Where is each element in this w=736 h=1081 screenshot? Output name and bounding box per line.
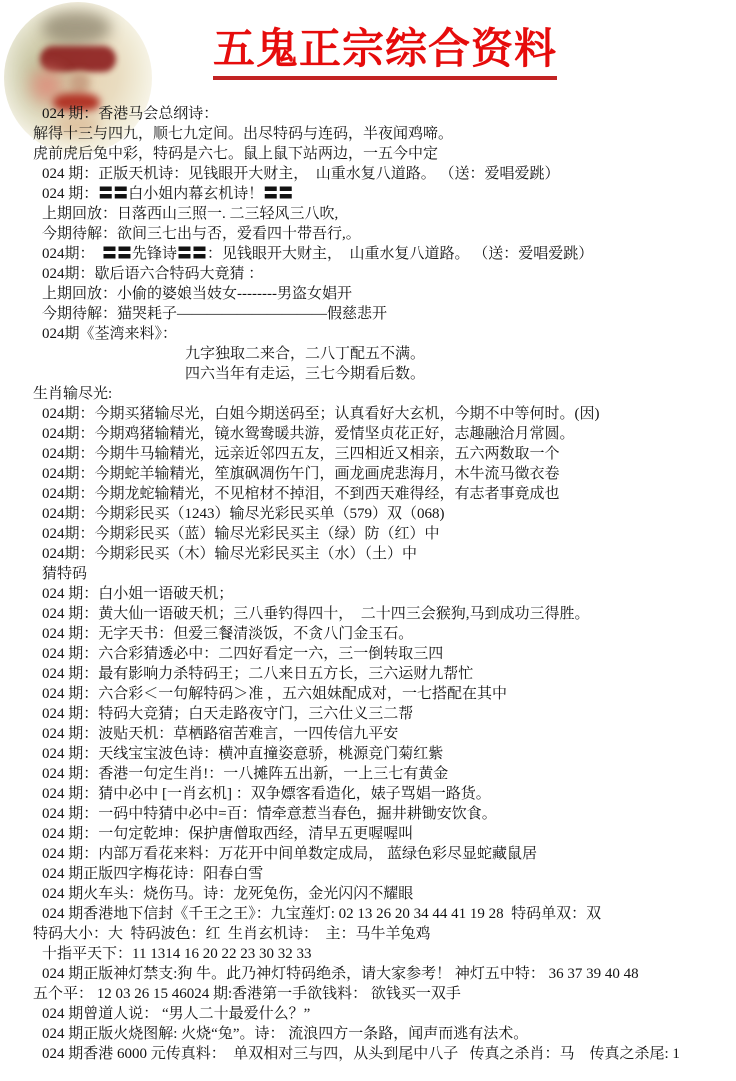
- text-line: 024 期：香港马会总纲诗：: [42, 104, 733, 124]
- text-line: 上期回放：小偷的婆娘当妓女--------男盗女娼开: [42, 284, 733, 304]
- text-line: 024 期正版四字梅花诗：阳春白雪: [42, 864, 733, 884]
- text-line: 024期：今期彩民买（蓝）输尽光彩民买主（绿）防（红）中: [42, 524, 733, 544]
- text-line: 024期：歇后语六合特码大竟猜 ：: [42, 264, 733, 284]
- text-line: 024 期火车头：烧伤马。诗：龙死兔伤，金光闪闪不耀眼: [42, 884, 733, 904]
- text-line: 024期：今期蛇羊输精光，笙旗砜凋伤午门，画龙画虎悲海月，木牛流马徵衣卷: [42, 464, 733, 484]
- text-line: 特码大小：大 特码波色：红 生肖玄机诗： 主：马牛羊兔鸡: [33, 924, 733, 944]
- text-line: 024 期：一码中特猜中必中=百：情牵意惹当春色，掘井耕锄安饮食。: [42, 804, 733, 824]
- text-line: 024 期：黄大仙一语破天机；三八垂钓得四十， 二十四三会猴狗,马到成功三得胜。: [42, 604, 733, 624]
- text-line: 今期待解：猫哭耗子——————————假慈悲开: [42, 304, 733, 324]
- text-line: 024 期：猜中必中 [一肖玄机] ：双争嫖客看造化，婊子骂娼一路货。: [42, 784, 733, 804]
- text-line: 虎前虎后兔中彩，特码是六七。鼠上鼠下站两边，一五今中定: [33, 144, 733, 164]
- avatar-nose-shape: [69, 72, 90, 93]
- text-line: 024 期香港地下信封《千王之王》：九宝莲灯: 02 13 26 20 34 4…: [42, 904, 733, 924]
- text-line: 024 期曾道人说： “男人二十最爱什么？”: [42, 1004, 733, 1024]
- text-line: 024 期：天线宝宝波色诗：横冲直撞姿意骄，桃源竞门菊红紫: [42, 744, 733, 764]
- text-line: 五个平： 12 03 26 15 46024 期:香港第一手欲钱料： 欲钱买一双…: [33, 984, 733, 1004]
- text-line: 024期：今期牛马输精光，远亲近邻四五友，三四相近又相亲，五六两数取一个: [42, 444, 733, 464]
- avatar-sunglasses-shape: [40, 46, 117, 72]
- text-line: 024 期：六合彩猜透必中：二四好看定一六，三一倒转取三四: [42, 644, 733, 664]
- text-line: 024 期：无字天书：但爱三餐清淡饭，不贪八门金玉石。: [42, 624, 733, 644]
- text-line: 024期《荃湾来料》：: [42, 324, 733, 344]
- text-line: 024 期：内部万看花来料：万花开中间单数定成局， 蓝绿色彩尽显蛇藏鼠居: [42, 844, 733, 864]
- text-line: 024 期正版神灯禁支:狗 牛。此乃神灯特码绝杀，请大家参考！ 神灯五中特： 3…: [42, 964, 733, 984]
- avatar-hair-shape: [42, 11, 110, 44]
- content-lines: 024 期：香港马会总纲诗：解得十三与四九，顺七九定间。出尽特码与连码，半夜闻鸡…: [33, 104, 733, 1064]
- text-line: 上期回放：日落西山三照一. 二三轻风三八吹,: [42, 204, 733, 224]
- text-line: 024 期正版火烧图解: 火烧“兔”。诗： 流浪四方一条路，闻声而逃有法术。: [42, 1024, 733, 1044]
- text-line: 024 期：一句定乾坤：保护唐僧取西经，清早五更喔喔叫: [42, 824, 733, 844]
- text-line: 024 期：〓〓白小姐内幕玄机诗！〓〓: [42, 184, 733, 204]
- text-line: 024期：今期彩民买（木）输尽光彩民买主（水）（土）中: [42, 544, 733, 564]
- page-title: 五鬼正宗综合资料: [213, 26, 557, 80]
- text-line: 024 期香港 6000 元传真料： 单双相对三与四，从头到尾中八子 传真之杀肖…: [42, 1044, 733, 1064]
- page-root: { "page": { "title": "五鬼正宗综合资料", "title_…: [0, 0, 736, 1081]
- text-line: 024 期：香港一句定生肖!：一八摊阵五出新，一上三七有黄金: [42, 764, 733, 784]
- text-line: 猜特码: [42, 564, 733, 584]
- text-line: 解得十三与四九，顺七九定间。出尽特码与连码，半夜闻鸡啼。: [33, 124, 733, 144]
- text-line: 024期：今期买猪输尽光，白姐今期送码至；认真看好大玄机，今期不中等何时。(因): [42, 404, 733, 424]
- text-line: 024 期：白小姐一语破天机；: [42, 584, 733, 604]
- text-line: 十指平天下：11 1314 16 20 22 23 30 32 33: [42, 944, 733, 964]
- text-line: 024 期：特码大竞猜；白天走路夜守门，三六仕义三二帮: [42, 704, 733, 724]
- text-line: 024 期：正版天机诗：见钱眼开大财主， 山重水复八道路。 （送：爱唱爱跳）: [42, 164, 733, 184]
- text-line: 024期：今期龙蛇输精光，不见棺材不掉泪，不到西天难得经，有志者事竟成也: [42, 484, 733, 504]
- text-line: 024期：今期鸡猪输精光，镜水鸳鸯暖共游，爱情坚贞花正好，志趣融洽月常圆。: [42, 424, 733, 444]
- text-line: 九字独取二来合，二八丁配五不满。: [185, 344, 733, 364]
- text-line: 024期：今期彩民买（1243）输尽光彩民买单（579）双（068): [42, 504, 733, 524]
- text-line: 生肖输尽光:: [33, 384, 733, 404]
- text-line: 024 期：波贴天机：草栖路宿苦难言，一四传信九平安: [42, 724, 733, 744]
- text-line: 四六当年有走运，三七今期看后数。: [185, 364, 733, 384]
- text-line: 024期： 〓〓先锋诗〓〓：见钱眼开大财主， 山重水复八道路。 （送：爱唱爱跳）: [42, 244, 733, 264]
- text-line: 024 期：六合彩＜一句解特码＞准 ，五六姐妹配成对，一七搭配在其中: [42, 684, 733, 704]
- text-line: 024 期：最有影响力杀特码王；二八来日五方长，三六运财九帮忙: [42, 664, 733, 684]
- text-line: 今期待解：欲间三七出与否，爱看四十带吾行,。: [42, 224, 733, 244]
